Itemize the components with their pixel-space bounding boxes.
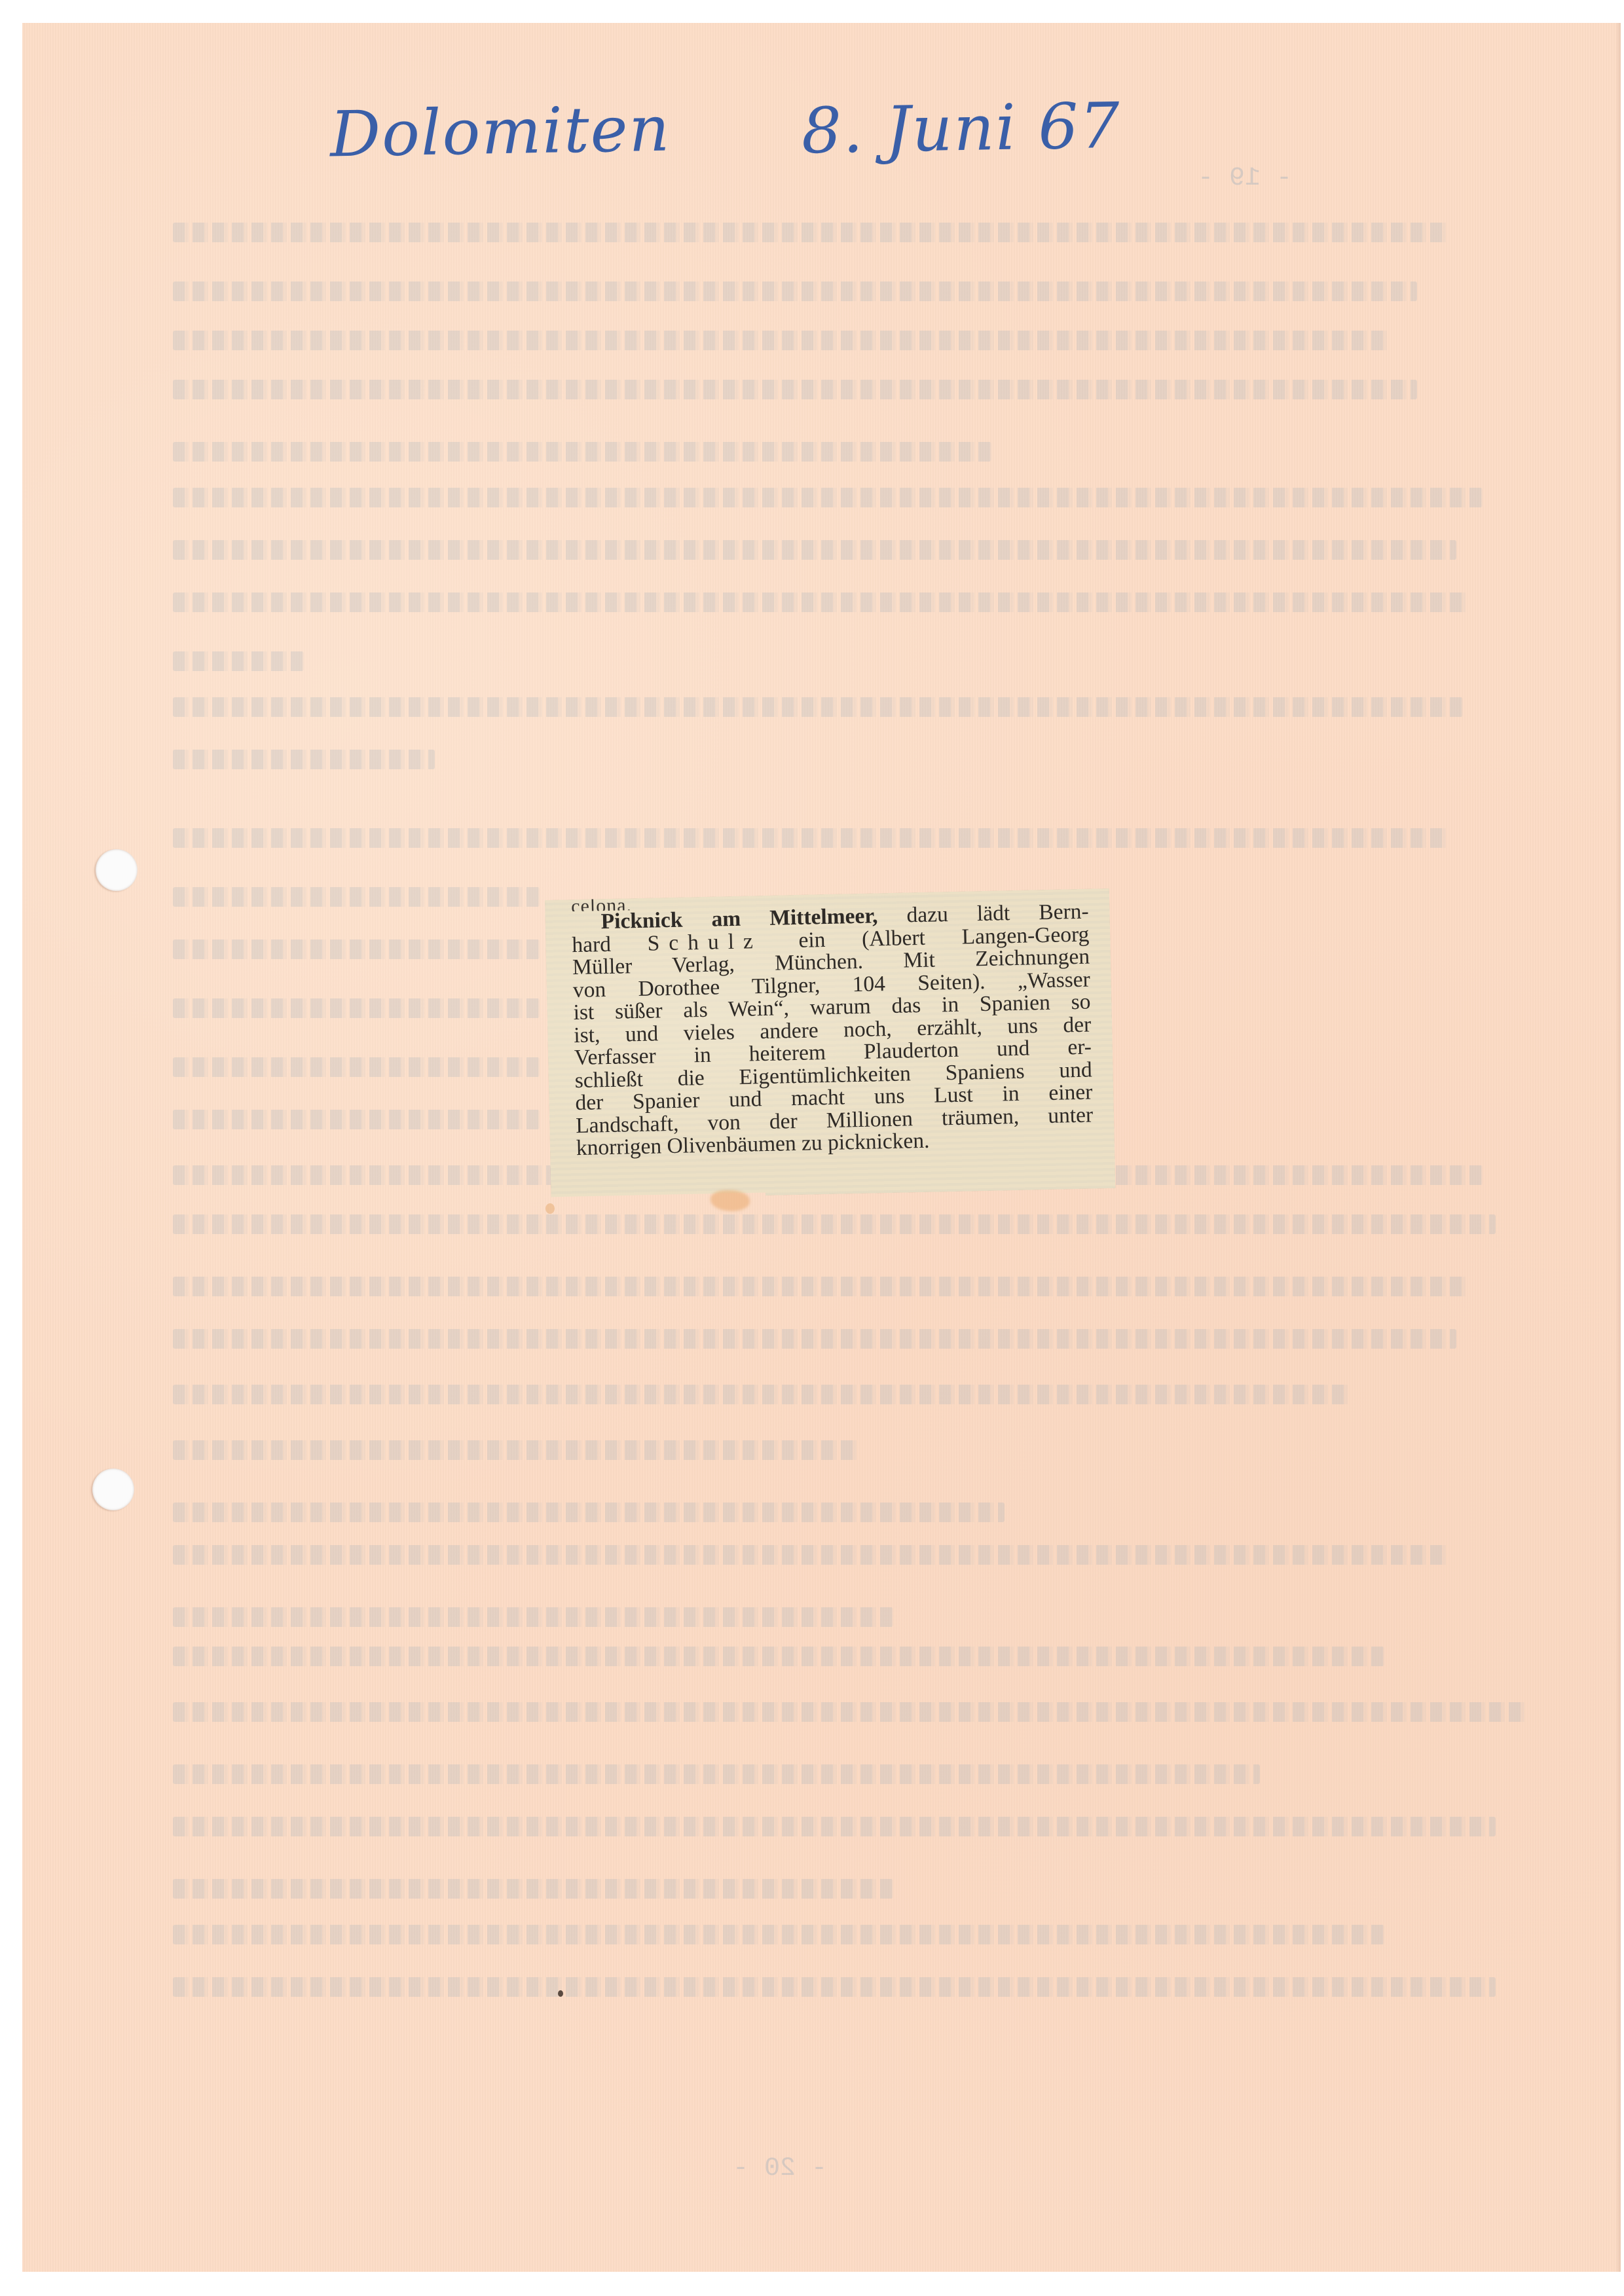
clipping-text: celona. Picknick am Mittelmeer, dazu läd… — [571, 889, 1094, 1160]
punch-hole-bottom — [92, 1468, 134, 1510]
punch-hole-top — [96, 849, 138, 891]
newspaper-clipping: celona. Picknick am Mittelmeer, dazu läd… — [545, 888, 1115, 1200]
glue-stain-small — [545, 1203, 555, 1214]
bleed-through-page-number-top: - 19 - — [1198, 164, 1292, 193]
handwritten-source: Dolomiten — [329, 92, 671, 171]
bleed-through-page-number-bottom: - 20 - — [733, 2154, 827, 2183]
ink-speck — [558, 1990, 563, 1997]
handwritten-date: 8. Juni 67 — [801, 89, 1122, 168]
